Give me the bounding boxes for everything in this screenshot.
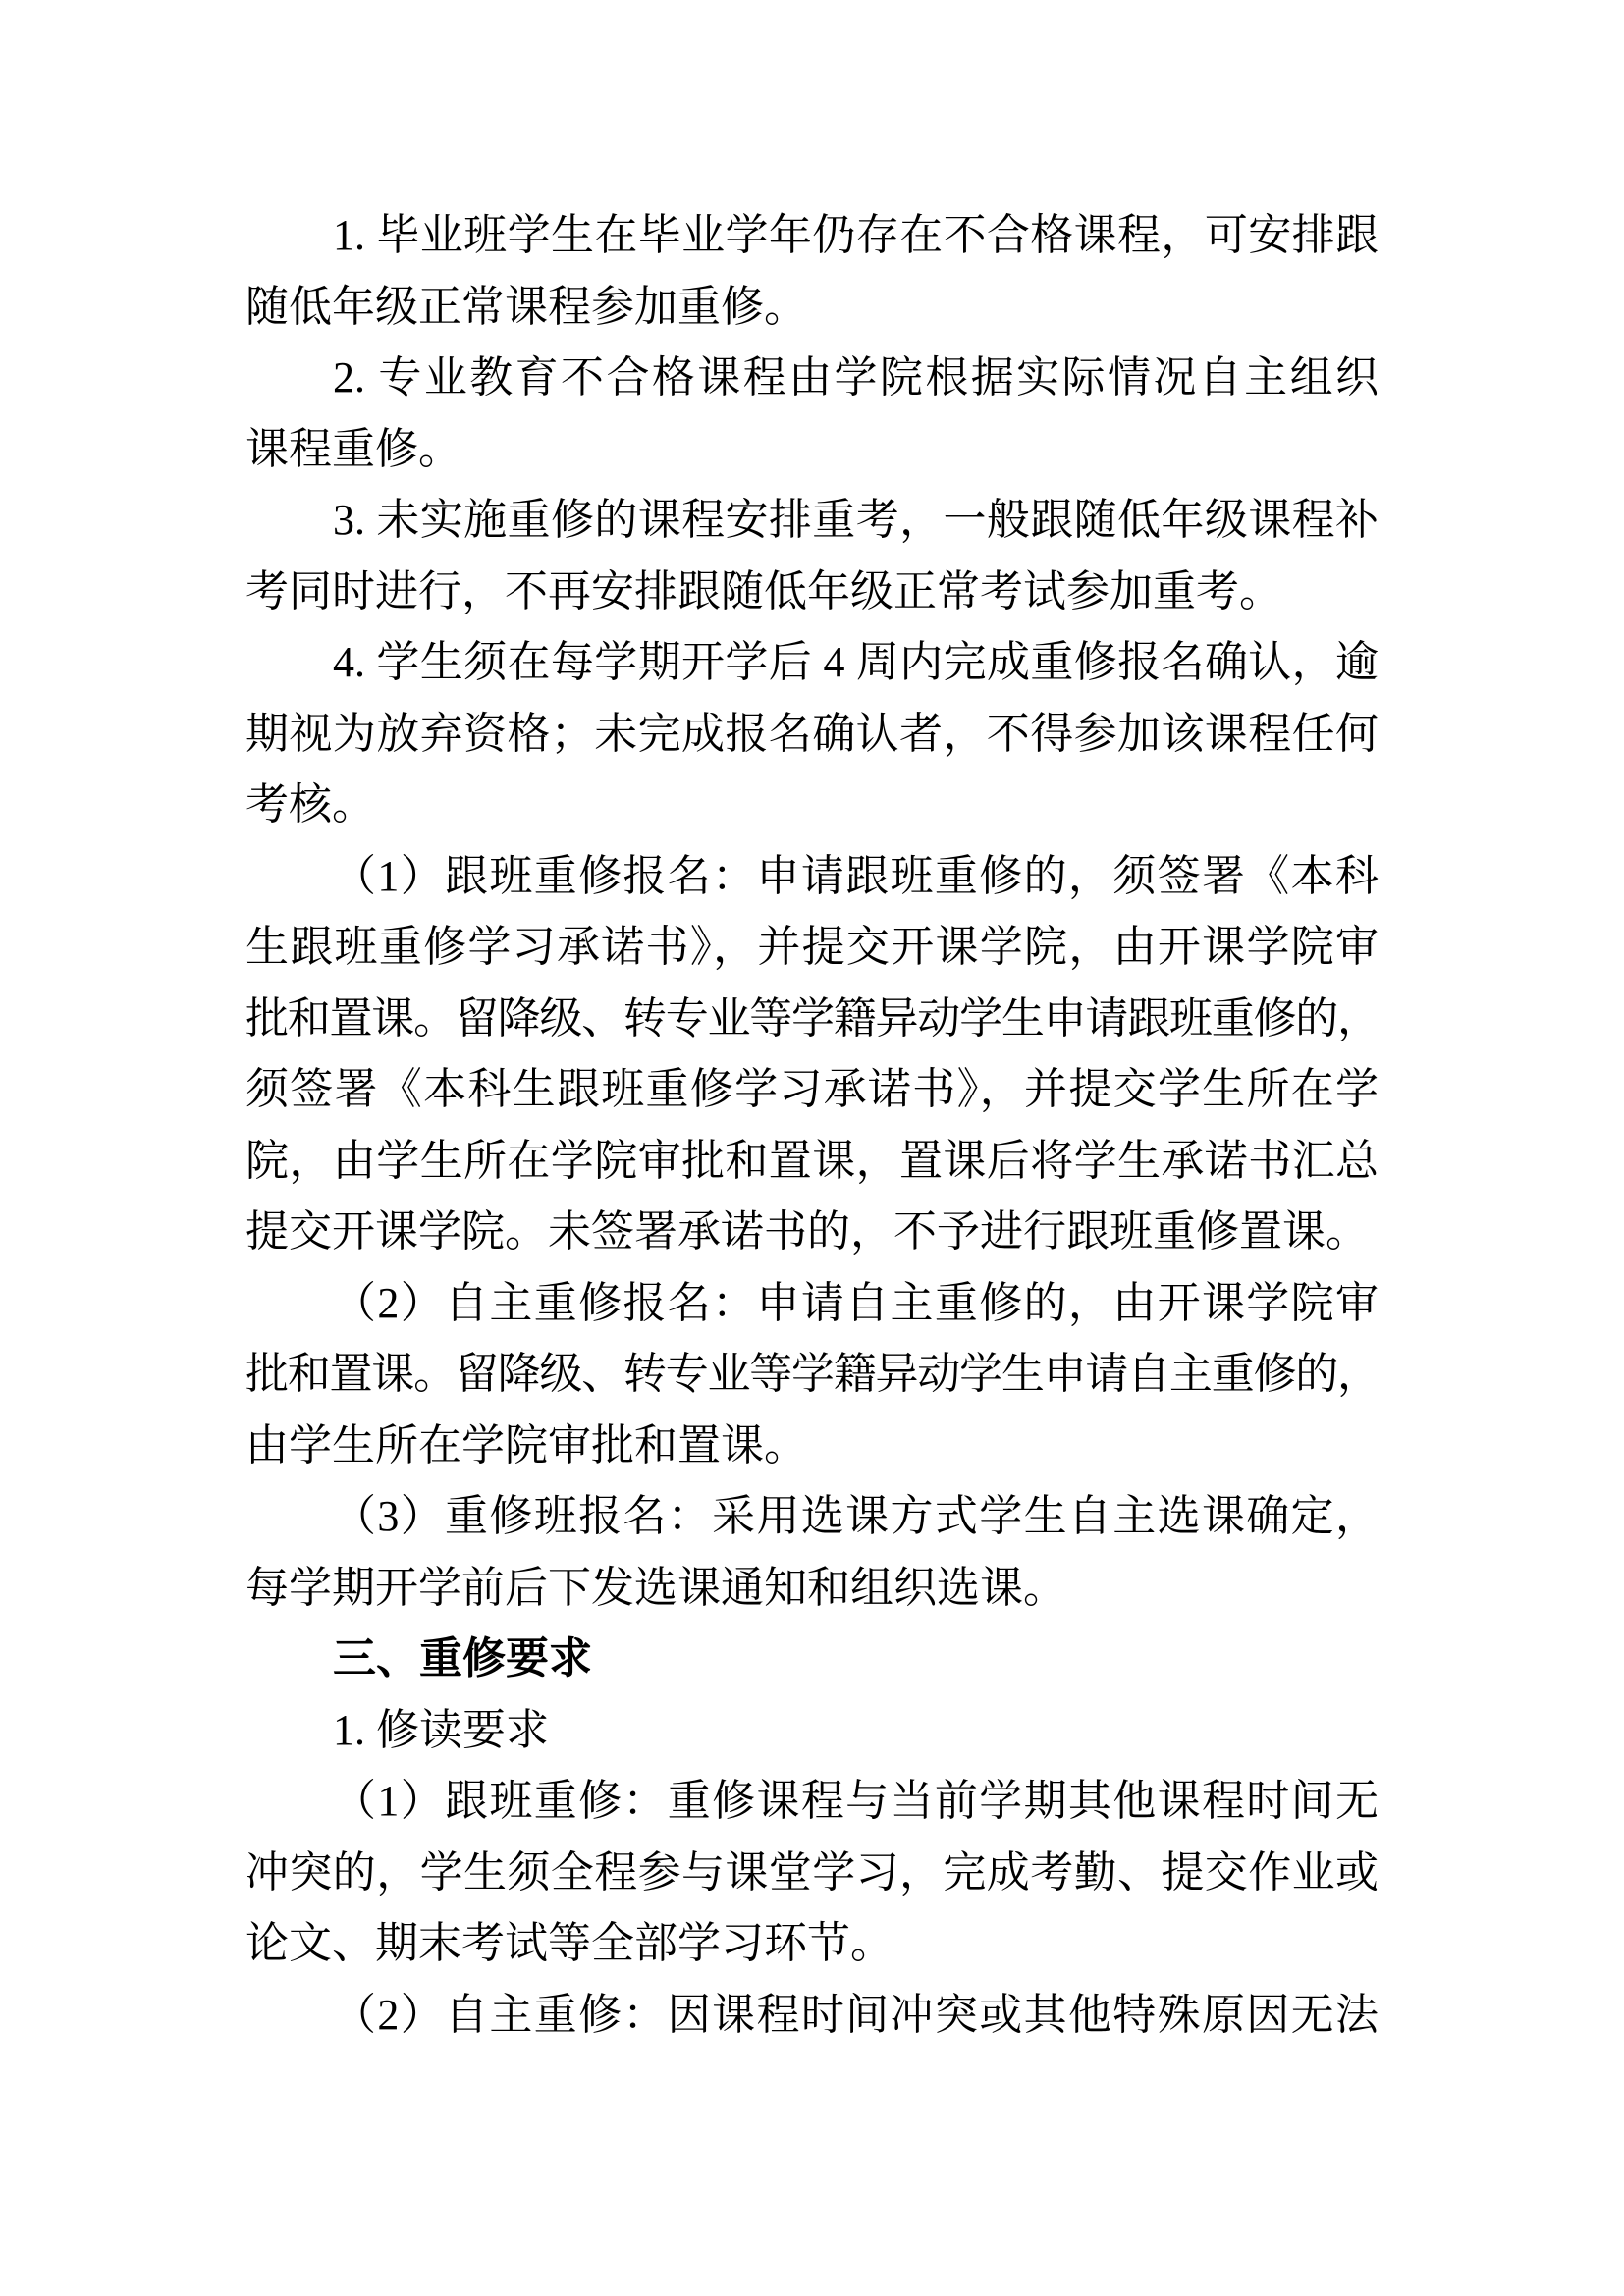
- doc-line-05: 3. 未实施重修的课程安排重考，一般跟随低年级课程补: [245, 485, 1379, 557]
- doc-line-23: （1）跟班重修：重修课程与当前学期其他课程时间无: [245, 1766, 1379, 1838]
- document-page: 1. 毕业班学生在毕业学年仍存在不合格课程，可安排跟 随低年级正常课程参加重修。…: [0, 0, 1624, 2296]
- doc-line-14: 院，由学生所在学院审批和置课，置课后将学生承诺书汇总: [245, 1126, 1379, 1198]
- doc-line-09: 考核。: [245, 770, 1379, 841]
- doc-line-15: 提交开课学院。未签署承诺书的，不予进行跟班重修置课。: [245, 1197, 1379, 1268]
- doc-line-26: （2）自主重修：因课程时间冲突或其他特殊原因无法: [245, 1980, 1379, 2052]
- document-body: 1. 毕业班学生在毕业学年仍存在不合格课程，可安排跟 随低年级正常课程参加重修。…: [245, 200, 1379, 2051]
- doc-line-13: 须签署《本科生跟班重修学习承诺书》，并提交学生所在学: [245, 1054, 1379, 1126]
- doc-line-16: （2）自主重修报名：申请自主重修的，由开课学院审: [245, 1268, 1379, 1340]
- doc-line-19: （3）重修班报名：采用选课方式学生自主选课确定，: [245, 1481, 1379, 1553]
- doc-line-10: （1）跟班重修报名：申请跟班重修的，须签署《本科: [245, 841, 1379, 913]
- section-heading: 三、重修要求: [245, 1624, 1379, 1695]
- doc-line-04: 课程重修。: [245, 414, 1379, 486]
- doc-line-07: 4. 学生须在每学期开学后 4 周内完成重修报名确认，逾: [245, 627, 1379, 699]
- doc-line-12: 批和置课。留降级、转专业等学籍异动学生申请跟班重修的，: [245, 984, 1379, 1055]
- doc-line-01: 1. 毕业班学生在毕业学年仍存在不合格课程，可安排跟: [245, 200, 1379, 272]
- doc-line-08: 期视为放弃资格；未完成报名确认者，不得参加该课程任何: [245, 699, 1379, 771]
- doc-line-17: 批和置课。留降级、转专业等学籍异动学生申请自主重修的，: [245, 1339, 1379, 1411]
- doc-line-02: 随低年级正常课程参加重修。: [245, 272, 1379, 344]
- doc-line-22: 1. 修读要求: [245, 1695, 1379, 1767]
- doc-line-24: 冲突的，学生须全程参与课堂学习，完成考勤、提交作业或: [245, 1838, 1379, 1909]
- doc-line-18: 由学生所在学院审批和置课。: [245, 1411, 1379, 1482]
- doc-line-06: 考同时进行，不再安排跟随低年级正常考试参加重考。: [245, 557, 1379, 628]
- doc-line-03: 2. 专业教育不合格课程由学院根据实际情况自主组织: [245, 343, 1379, 414]
- doc-line-25: 论文、期末考试等全部学习环节。: [245, 1908, 1379, 1980]
- doc-line-20: 每学期开学前后下发选课通知和组织选课。: [245, 1553, 1379, 1625]
- doc-line-11: 生跟班重修学习承诺书》，并提交开课学院，由开课学院审: [245, 912, 1379, 984]
